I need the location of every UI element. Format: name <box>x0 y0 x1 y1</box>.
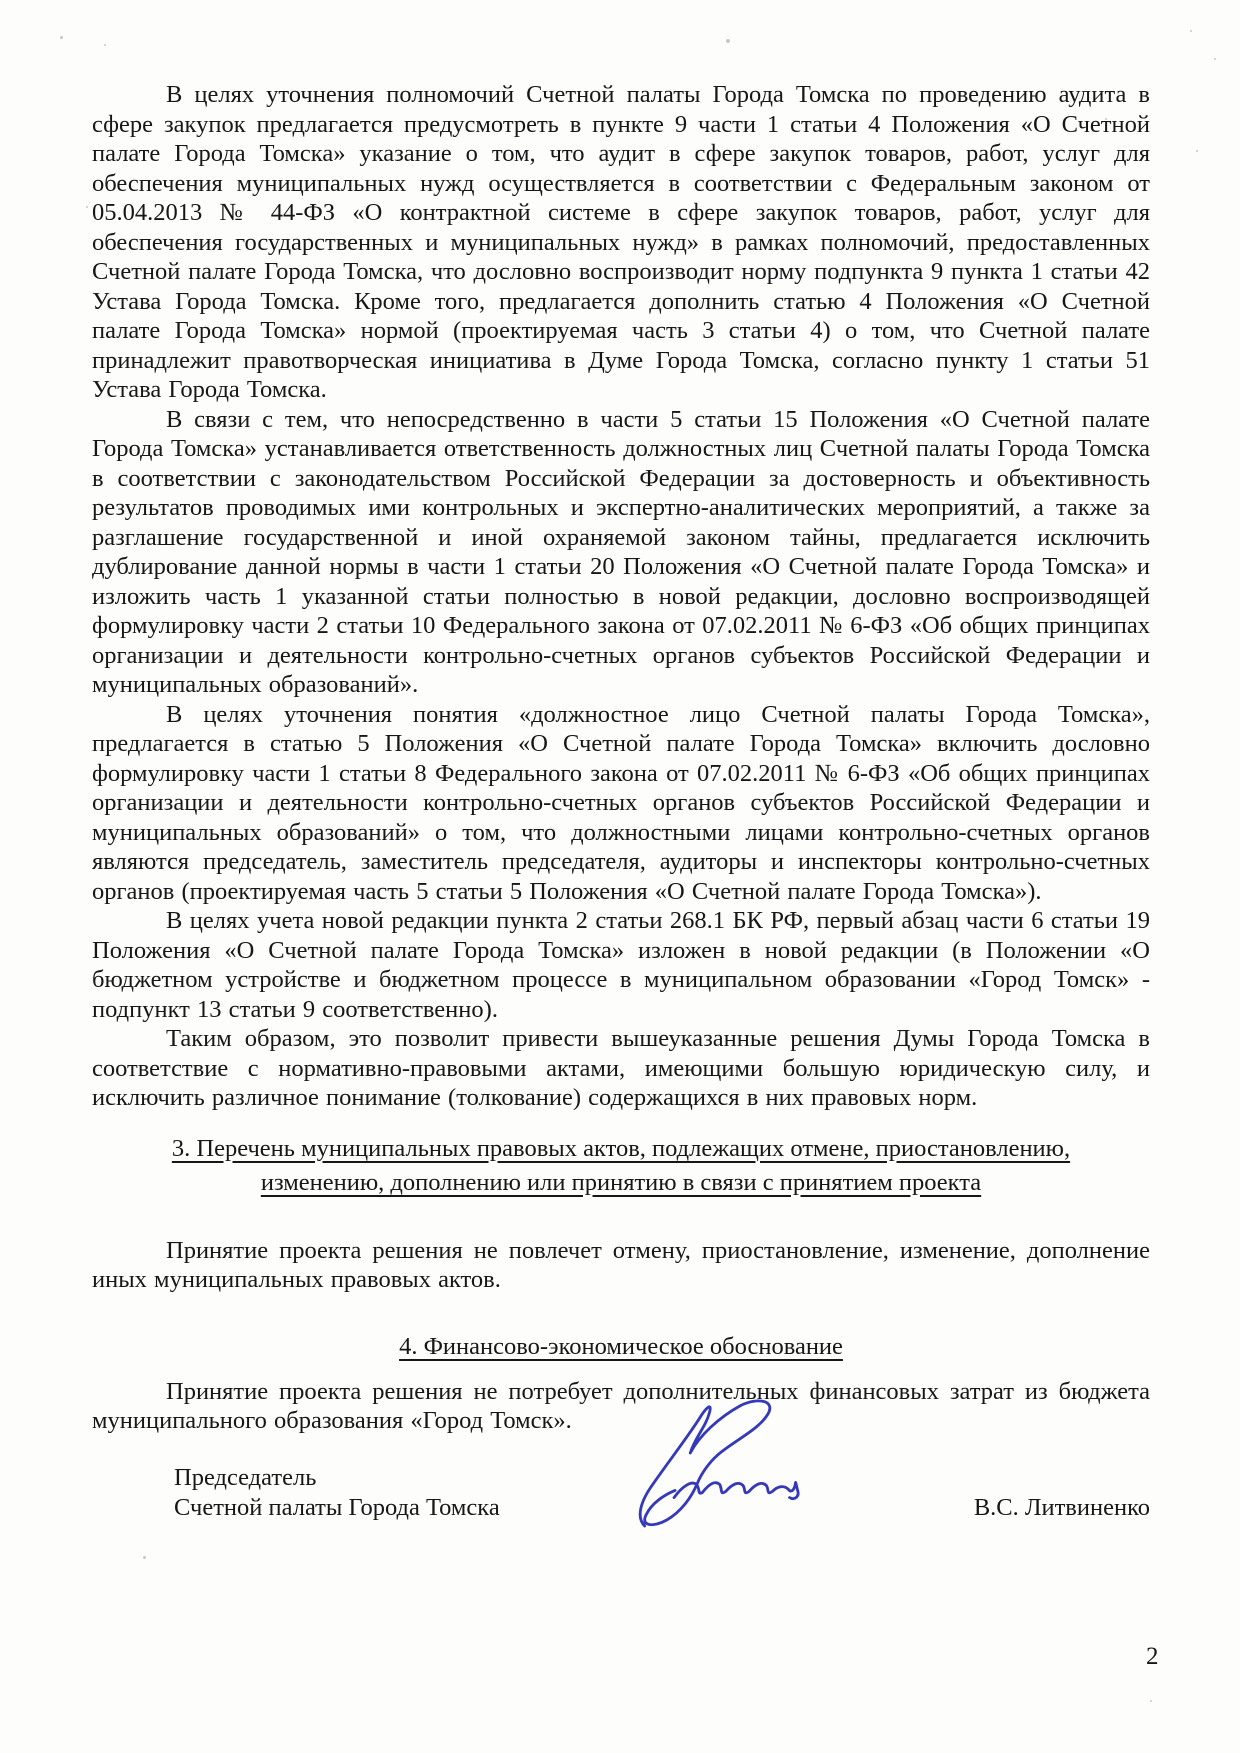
scan-speck <box>1196 150 1198 152</box>
signature-block: Председатель Счетной палаты Города Томск… <box>92 1463 1150 1523</box>
signatory-title: Председатель Счетной палаты Города Томск… <box>92 1463 500 1523</box>
scan-speck <box>1150 1700 1152 1702</box>
signatory-name: В.С. Литвиненко <box>974 1493 1150 1523</box>
section-3-body: Принятие проекта решения не повлечет отм… <box>92 1236 1150 1295</box>
signatory-title-line1: Председатель <box>174 1463 500 1493</box>
section-3-heading: 3. Перечень муниципальных правовых актов… <box>124 1132 1119 1200</box>
scan-speck <box>143 1556 146 1559</box>
signatory-title-line2: Счетной палаты Города Томска <box>174 1493 500 1523</box>
body-paragraph-3: В целях уточнения понятия «должностное л… <box>92 700 1150 907</box>
scan-speck <box>60 36 63 39</box>
section-4-heading: 4. Финансово-экономическое обоснование <box>92 1330 1150 1364</box>
section-4-body: Принятие проекта решения не потребует до… <box>92 1377 1150 1436</box>
body-paragraph-4: В целях учета новой редакции пункта 2 ст… <box>92 906 1150 1024</box>
scan-speck <box>86 206 88 208</box>
page-number: 2 <box>1146 1642 1159 1672</box>
scan-speck <box>1190 30 1192 32</box>
body-paragraph-5: Таким образом, это позволит привести выш… <box>92 1024 1150 1113</box>
scan-speck <box>726 39 730 43</box>
scan-speck <box>1105 118 1107 120</box>
scan-speck <box>1214 58 1216 60</box>
document-body: В целях уточнения полномочий Счетной пал… <box>92 80 1150 1523</box>
scan-speck <box>104 44 106 46</box>
body-paragraph-2: В связи с тем, что непосредственно в час… <box>92 405 1150 700</box>
body-paragraph-1: В целях уточнения полномочий Счетной пал… <box>92 80 1150 405</box>
document-page: В целях уточнения полномочий Счетной пал… <box>0 0 1240 1753</box>
